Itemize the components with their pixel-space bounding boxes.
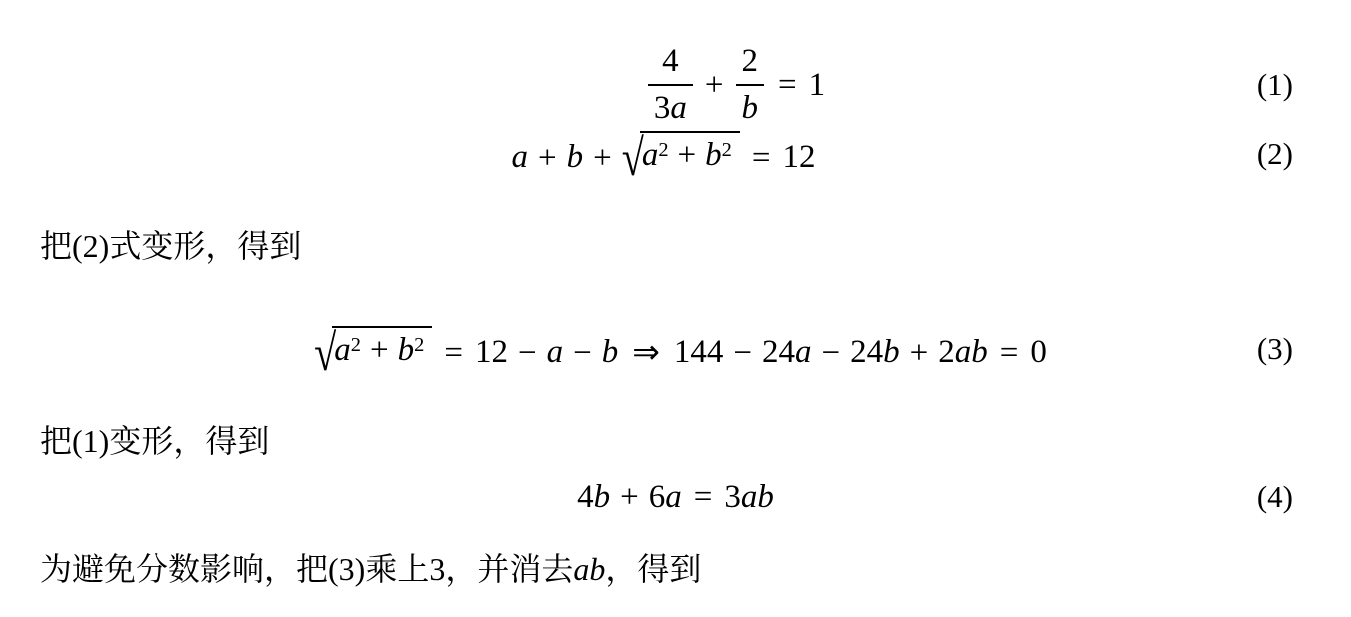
variable-b: b bbox=[742, 90, 759, 126]
equation-3: √a2+b2=12−a−b⇒144−24a−24b+2ab=0 (3) bbox=[0, 320, 1351, 378]
equation-4: 4b+6a=3ab (4) bbox=[0, 472, 1351, 522]
variable-a: a bbox=[511, 140, 528, 176]
variable-b: b bbox=[602, 335, 619, 371]
equals-sign: = bbox=[694, 479, 713, 515]
square-root: √a2+b2 bbox=[622, 131, 740, 176]
variable-a: a bbox=[795, 335, 812, 371]
explanation-eliminate-ab: 为避免分数影响，把(3)乘上3，并消去ab，得到 bbox=[40, 549, 701, 589]
minus-operator: − bbox=[733, 335, 752, 371]
radical-sign-icon: √ bbox=[622, 121, 644, 179]
equation-3-body: √a2+b2=12−a−b⇒144−24a−24b+2ab=0 bbox=[314, 326, 1047, 371]
exponent-2: 2 bbox=[351, 334, 361, 356]
radical-sign-icon: √ bbox=[314, 316, 336, 374]
right-hand-side: 12 bbox=[783, 140, 816, 176]
fraction-2-over-b: 2 b bbox=[736, 43, 765, 127]
coefficient-4: 4 bbox=[577, 479, 594, 515]
equation-number-3: (3) bbox=[1257, 331, 1293, 367]
equation-1: 4 3a + 2 b = 1 (1) bbox=[0, 35, 1351, 135]
equals-sign: = bbox=[752, 140, 771, 176]
radicand-a2-plus-b2: a2+b2 bbox=[332, 326, 432, 371]
variable-a: a bbox=[334, 332, 351, 368]
coefficient-24: 24 bbox=[850, 335, 883, 371]
plus-operator: + bbox=[593, 140, 612, 176]
equals-sign: = bbox=[1000, 335, 1019, 371]
equation-number-1: (1) bbox=[1257, 67, 1293, 103]
right-hand-side: 0 bbox=[1030, 335, 1047, 371]
explanation-text-pre: 为避免分数影响，把(3)乘上3，并消去 bbox=[40, 551, 573, 587]
fraction-4-over-3a: 4 3a bbox=[648, 43, 693, 127]
explanation-transform-eq1: 把(1)变形，得到 bbox=[40, 421, 269, 461]
variable-a: a bbox=[670, 90, 687, 126]
equation-number-2: (2) bbox=[1257, 136, 1293, 172]
variable-ab: ab bbox=[741, 479, 774, 515]
equation-4-body: 4b+6a=3ab bbox=[577, 479, 774, 516]
coefficient-3: 3 bbox=[724, 479, 741, 515]
radicand-a2-plus-b2: a2+b2 bbox=[640, 131, 740, 176]
minus-operator: − bbox=[573, 335, 592, 371]
number-144: 144 bbox=[674, 335, 724, 371]
fraction-denominator: 3a bbox=[648, 84, 693, 127]
equation-number-4: (4) bbox=[1257, 479, 1293, 515]
variable-ab: ab bbox=[955, 335, 988, 371]
math-solution-document: 4 3a + 2 b = 1 (1) a+b+√a2+b2=12 (2) 把(2… bbox=[0, 0, 1351, 617]
coefficient-2: 2 bbox=[938, 335, 955, 371]
coefficient: 3 bbox=[654, 90, 671, 126]
variable-b: b bbox=[567, 140, 584, 176]
variable-b: b bbox=[883, 335, 900, 371]
plus-operator: + bbox=[538, 140, 557, 176]
fraction-denominator: b bbox=[736, 84, 765, 127]
exponent-2: 2 bbox=[658, 139, 668, 161]
variable-b: b bbox=[398, 332, 415, 368]
plus-operator: + bbox=[910, 335, 929, 371]
equation-2-body: a+b+√a2+b2=12 bbox=[511, 131, 815, 176]
square-root: √a2+b2 bbox=[314, 326, 432, 371]
explanation-transform-eq2: 把(2)式变形，得到 bbox=[40, 226, 301, 266]
minus-operator: − bbox=[821, 335, 840, 371]
plus-operator: + bbox=[705, 67, 724, 104]
plus-operator: + bbox=[620, 479, 639, 515]
exponent-2: 2 bbox=[414, 334, 424, 356]
plus-operator: + bbox=[370, 332, 389, 368]
variable-ab: ab bbox=[573, 551, 605, 587]
equation-1-body: 4 3a + 2 b = 1 bbox=[646, 43, 825, 127]
explanation-text-post: ，得到 bbox=[605, 551, 701, 587]
plus-operator: + bbox=[678, 137, 697, 173]
variable-b: b bbox=[594, 479, 611, 515]
implies-arrow: ⇒ bbox=[632, 335, 660, 371]
right-hand-side: 1 bbox=[809, 67, 826, 104]
variable-b: b bbox=[705, 137, 722, 173]
coefficient-24: 24 bbox=[762, 335, 795, 371]
fraction-numerator: 2 bbox=[736, 43, 765, 84]
minus-operator: − bbox=[518, 335, 537, 371]
number-12: 12 bbox=[475, 335, 508, 371]
variable-a: a bbox=[547, 335, 564, 371]
variable-a: a bbox=[665, 479, 682, 515]
equals-sign: = bbox=[778, 67, 797, 104]
exponent-2: 2 bbox=[722, 139, 732, 161]
equation-2: a+b+√a2+b2=12 (2) bbox=[0, 128, 1351, 180]
variable-a: a bbox=[642, 137, 659, 173]
fraction-numerator: 4 bbox=[656, 43, 685, 84]
equals-sign: = bbox=[444, 335, 463, 371]
coefficient-6: 6 bbox=[649, 479, 666, 515]
